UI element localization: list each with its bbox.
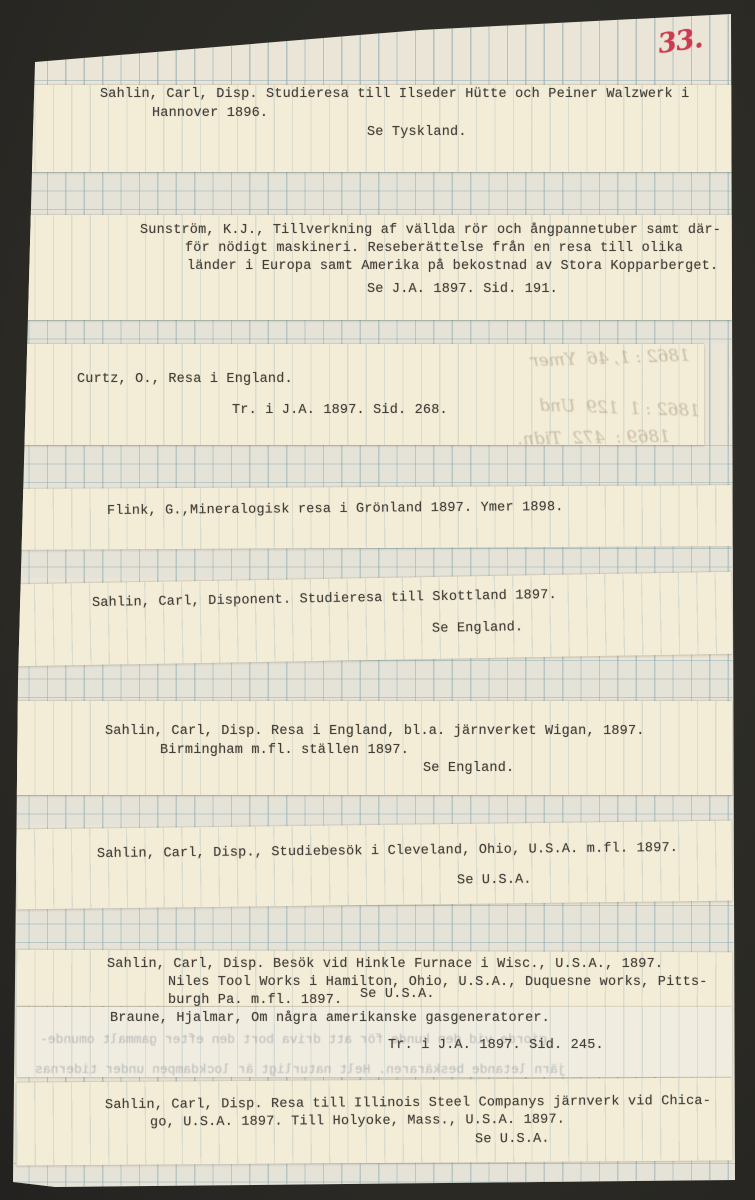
paper-tear [135, 10, 165, 25]
grid-paper-zone [10, 905, 737, 951]
grid-paper-zone [10, 320, 737, 344]
entry-line: Sahlin, Carl, Disp. Resa i England, bl.a… [105, 723, 645, 741]
entry-line: Hannover 1896. [152, 105, 268, 123]
entry-see-reference: Tr. i J.A. 1897. Sid. 268. [232, 402, 448, 420]
entry-see-reference: Se England. [432, 619, 524, 639]
grid-paper-zone [10, 172, 737, 215]
entry-see-reference: Se Tyskland. [367, 124, 467, 142]
entry-line: Sahlin, Carl, Disp. Studieresa till Ilse… [100, 86, 689, 104]
entry-line: länder i Europa samt Amerika på bekostna… [187, 258, 718, 276]
entry-see-reference: Se England. [423, 760, 514, 778]
scanned-archive-card: { "page_number": "33.", "entries": [ { "… [0, 0, 755, 1200]
entry-line: Sahlin, Carl, Disp. Besök vid Hinkle Fur… [107, 956, 663, 974]
grid-paper-zone [10, 660, 737, 701]
ledger-page: 1862 : 1, 46 Ymer 1862 : 1 129 Und 1869 … [10, 10, 737, 1192]
slip-sahlin-skottland [15, 572, 732, 666]
entry-line: Braune, Hjalmar, Om några amerikanske ga… [110, 1010, 550, 1028]
bleed-through-typescript: järn letande beskäraren. Helt naturligt … [35, 1062, 566, 1077]
entry-see-reference: Tr. i J.A. 1897. Sid. 245. [388, 1037, 604, 1055]
entry-see-reference: Se U.S.A. [475, 1131, 550, 1150]
grid-paper-zone [10, 1163, 737, 1190]
ruled-line [10, 80, 737, 81]
slip-sahlin-cleveland [16, 821, 733, 910]
entry-see-reference: Se J.A. 1897. Sid. 191. [367, 281, 558, 299]
entry-line: Niles Tool Works i Hamilton, Ohio, U.S.A… [168, 974, 708, 992]
entry-line: Sunström, K.J., Tillverkning af vällda r… [140, 222, 721, 240]
entry-line: burgh Pa. m.fl. 1897. [168, 992, 342, 1010]
entry-line: go, U.S.A. 1897. Till Holyoke, Mass., U.… [150, 1112, 565, 1133]
entry-see-reference: Se U.S.A. [360, 986, 435, 1004]
page-number-handwritten: 33. [656, 23, 704, 60]
entry-line: Curtz, O., Resa i England. [77, 371, 293, 389]
entry-see-reference: Se U.S.A. [457, 872, 532, 891]
grid-paper-zone [10, 795, 737, 825]
entry-line: för nödigt maskineri. Reseberättelse frå… [185, 240, 683, 258]
entry-line: Birmingham m.fl. ställen 1897. [160, 742, 409, 760]
